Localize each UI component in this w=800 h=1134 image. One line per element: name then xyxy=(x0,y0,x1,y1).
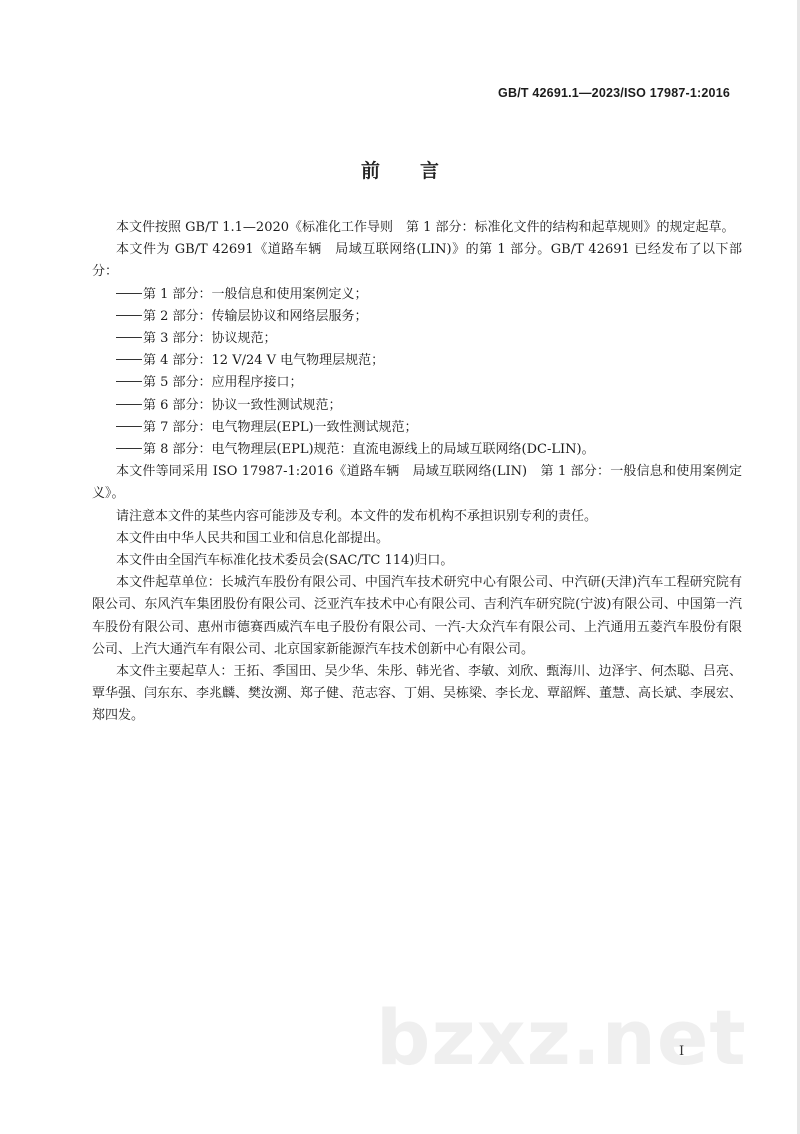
paragraph-equivalence: 本文件等同采用 ISO 17987-1:2016《道路车辆 局域互联网络(LIN… xyxy=(92,461,742,505)
page-number: I xyxy=(679,1044,684,1059)
dash-icon xyxy=(116,337,142,338)
dash-icon xyxy=(116,359,142,360)
list-item: 第 8 部分：电气物理层(EPL)规范：直流电源线上的局域互联网络(DC-LIN… xyxy=(92,439,742,461)
dash-icon xyxy=(116,293,142,294)
dash-icon xyxy=(116,404,142,405)
paragraph-drafting-rules: 本文件按照 GB/T 1.1—2020《标准化工作导则 第 1 部分：标准化文件… xyxy=(92,217,742,239)
watermark: bzxz.net xyxy=(376,993,747,1082)
list-item: 第 2 部分：传输层协议和网络层服务； xyxy=(92,306,742,328)
dash-icon xyxy=(116,448,142,449)
standard-code: GB/T 42691.1—2023/ISO 17987-1:2016 xyxy=(498,86,730,100)
paragraph-drafting-units: 本文件起草单位：长城汽车股份有限公司、中国汽车技术研究中心有限公司、中汽研(天津… xyxy=(92,572,742,661)
paragraph-proposer: 本文件由中华人民共和国工业和信息化部提出。 xyxy=(92,528,742,550)
list-item: 第 7 部分：电气物理层(EPL)一致性测试规范； xyxy=(92,417,742,439)
list-item: 第 5 部分：应用程序接口； xyxy=(92,372,742,394)
dash-icon xyxy=(116,426,142,427)
paragraph-patent-notice: 请注意本文件的某些内容可能涉及专利。本文件的发布机构不承担识别专利的责任。 xyxy=(92,506,742,528)
paragraph-drafters: 本文件主要起草人：王拓、季国田、吴少华、朱彤、韩光省、李敏、刘欣、甄海川、边泽宇… xyxy=(92,661,742,728)
dash-icon xyxy=(116,315,142,316)
list-item: 第 4 部分：12 V/24 V 电气物理层规范； xyxy=(92,350,742,372)
list-item: 第 6 部分：协议一致性测试规范； xyxy=(92,395,742,417)
paragraph-committee: 本文件由全国汽车标准化技术委员会(SAC/TC 114)归口。 xyxy=(92,550,742,572)
document-body: 本文件按照 GB/T 1.1—2020《标准化工作导则 第 1 部分：标准化文件… xyxy=(92,217,742,728)
dash-icon xyxy=(116,381,142,382)
page-title: 前言 xyxy=(0,156,800,183)
list-item: 第 1 部分：一般信息和使用案例定义； xyxy=(92,284,742,306)
paragraph-series-intro: 本文件为 GB/T 42691《道路车辆 局域互联网络(LIN)》的第 1 部分… xyxy=(92,239,742,283)
list-item: 第 3 部分：协议规范； xyxy=(92,328,742,350)
